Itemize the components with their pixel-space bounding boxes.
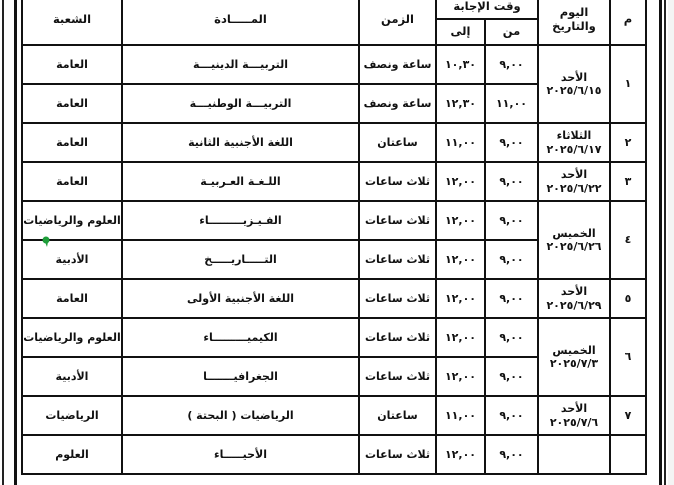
row-subject: اللغة الأجنبية الثانية [122,123,359,162]
row-duration: ثلاث ساعات [359,357,436,396]
row-no: ٦ [610,318,646,396]
row-no: ٣ [610,162,646,201]
table-header-row: م اليوم والتاريخ وقت الإجابة الزمن المــ… [22,0,646,19]
row-from: ٩,٠٠ [485,396,538,435]
row-no: ٢ [610,123,646,162]
row-branch: الأدبية [22,357,122,396]
row-date: ٢٠٢٥/٧/٣ [539,357,609,370]
row-from: ١١,٠٠ [485,84,538,123]
row-day-date: الأحد ٢٠٢٥/٦/١٥ [538,45,610,123]
row-from: ٩,٠٠ [485,240,538,279]
row-day-date: الخميس ٢٠٢٥/٧/٣ [538,318,610,396]
row-to: ١٢,٠٠ [436,435,485,474]
row-day: الأحد [539,168,609,181]
row-no: ٧ [610,396,646,435]
header-branch: الشعبة [22,0,122,45]
row-day-date: الأحد ٢٠٢٥/٦/٢٩ [538,279,610,318]
header-date: والتاريخ [539,20,609,34]
row-subject: التربيـــة الدينيـــة [122,45,359,84]
row-duration: ثلاث ساعات [359,279,436,318]
row-from: ٩,٠٠ [485,357,538,396]
header-from: من [485,19,538,45]
row-from: ٩,٠٠ [485,162,538,201]
row-day-date: الأحد ٢٠٢٥/٧/٦ [538,396,610,435]
exam-schedule-page: م اليوم والتاريخ وقت الإجابة الزمن المــ… [0,0,674,485]
row-to: ١١,٠٠ [436,123,485,162]
row-day-date: الخميس ٢٠٢٥/٦/٢٦ [538,201,610,279]
row-subject: الكيميـــــــــاء [122,318,359,357]
table-row: ٢ الثلاثاء ٢٠٢٥/٦/١٧ ٩,٠٠ ١١,٠٠ ساعتان ا… [22,123,646,162]
table-row: ١ الأحد ٢٠٢٥/٦/١٥ ٩,٠٠ ١٠,٣٠ ساعة ونصف ا… [22,45,646,84]
row-to: ١٠,٣٠ [436,45,485,84]
row-subject: اللـغـة العـربيـة [122,162,359,201]
exam-schedule-table: م اليوم والتاريخ وقت الإجابة الزمن المــ… [21,0,647,475]
row-duration: ساعة ونصف [359,45,436,84]
outer-border-right-inner [659,0,662,485]
row-date: ٢٠٢٥/٦/٢٦ [539,240,609,253]
row-day: الأحد [539,71,609,84]
row-day-date: الثلاثاء ٢٠٢٥/٦/١٧ [538,123,610,162]
row-branch: العلوم [22,435,122,474]
row-branch: الأدبية [22,240,122,279]
header-day: اليوم [539,6,609,20]
row-day: الثلاثاء [539,129,609,142]
row-branch: العامة [22,162,122,201]
row-branch: العامة [22,279,122,318]
row-duration: ثلاث ساعات [359,162,436,201]
row-to: ١٢,٠٠ [436,201,485,240]
row-subject: التربيـــة الوطنيـــة [122,84,359,123]
row-to: ١٢,٣٠ [436,84,485,123]
row-duration: ثلاث ساعات [359,240,436,279]
row-duration: ساعة ونصف [359,84,436,123]
row-to: ١٢,٠٠ [436,357,485,396]
outer-border-left-inner [14,0,17,485]
row-day: الخميس [539,227,609,240]
row-from: ٩,٠٠ [485,318,538,357]
row-no: ١ [610,45,646,123]
row-branch: العامة [22,84,122,123]
row-from: ٩,٠٠ [485,45,538,84]
row-no: ٤ [610,201,646,279]
row-to: ١٢,٠٠ [436,279,485,318]
row-day-date: الأحد ٢٠٢٥/٦/٢٢ [538,162,610,201]
row-day: الأحد [539,285,609,298]
header-no: م [610,0,646,45]
row-duration: ساعتان [359,123,436,162]
row-no [610,435,646,474]
row-date: ٢٠٢٥/٦/٢٢ [539,182,609,195]
outer-border-left [2,0,4,485]
map-pin-icon [41,236,53,248]
row-duration: ثلاث ساعات [359,318,436,357]
row-day: الخميس [539,344,609,357]
row-date: ٢٠٢٥/٦/٢٩ [539,299,609,312]
row-to: ١٢,٠٠ [436,162,485,201]
row-from: ٩,٠٠ [485,279,538,318]
row-subject: الجغرافيـــــــا [122,357,359,396]
row-branch: الرياضيات [22,396,122,435]
row-subject: الفـيـزيـــــــــاء [122,201,359,240]
row-duration: ثلاث ساعات [359,435,436,474]
row-branch: العلوم والرياضيات [22,201,122,240]
row-duration: ثلاث ساعات [359,201,436,240]
row-branch: العامة [22,45,122,84]
table-row: ٩,٠٠ ١٢,٠٠ ثلاث ساعات الأحيـــــاء العلو… [22,435,646,474]
outer-border-right [664,0,666,485]
row-subject: الرياضيات ( البحتة ) [122,396,359,435]
header-answer-time: وقت الإجابة [436,0,538,19]
header-duration: الزمن [359,0,436,45]
table-row: ٦ الخميس ٢٠٢٥/٧/٣ ٩,٠٠ ١٢,٠٠ ثلاث ساعات … [22,318,646,357]
row-to: ١٢,٠٠ [436,318,485,357]
row-subject: اللغة الأجنبية الأولى [122,279,359,318]
table-row: ٣ الأحد ٢٠٢٥/٦/٢٢ ٩,٠٠ ١٢,٠٠ ثلاث ساعات … [22,162,646,201]
row-from: ٩,٠٠ [485,435,538,474]
row-subject: الأحيـــــاء [122,435,359,474]
row-no: ٥ [610,279,646,318]
row-subject: التـــــاريـــــخ [122,240,359,279]
row-from: ٩,٠٠ [485,123,538,162]
row-to: ١٢,٠٠ [436,240,485,279]
header-day-date: اليوم والتاريخ [538,0,610,45]
row-duration: ساعتان [359,396,436,435]
row-date: ٢٠٢٥/٧/٦ [539,416,609,429]
row-day: الأحد [539,402,609,415]
row-to: ١١,٠٠ [436,396,485,435]
row-from: ٩,٠٠ [485,201,538,240]
row-day-date [538,435,610,474]
row-branch: العامة [22,123,122,162]
table-row: ٥ الأحد ٢٠٢٥/٦/٢٩ ٩,٠٠ ١٢,٠٠ ثلاث ساعات … [22,279,646,318]
header-to: إلى [436,19,485,45]
row-date: ٢٠٢٥/٦/١٧ [539,143,609,156]
table-row: ٤ الخميس ٢٠٢٥/٦/٢٦ ٩,٠٠ ١٢,٠٠ ثلاث ساعات… [22,201,646,240]
table-row: ٧ الأحد ٢٠٢٥/٧/٦ ٩,٠٠ ١١,٠٠ ساعتان الريا… [22,396,646,435]
row-branch: العلوم والرياضيات [22,318,122,357]
page-margin [668,0,674,485]
header-subject: المـــــادة [122,0,359,45]
row-date: ٢٠٢٥/٦/١٥ [539,84,609,97]
